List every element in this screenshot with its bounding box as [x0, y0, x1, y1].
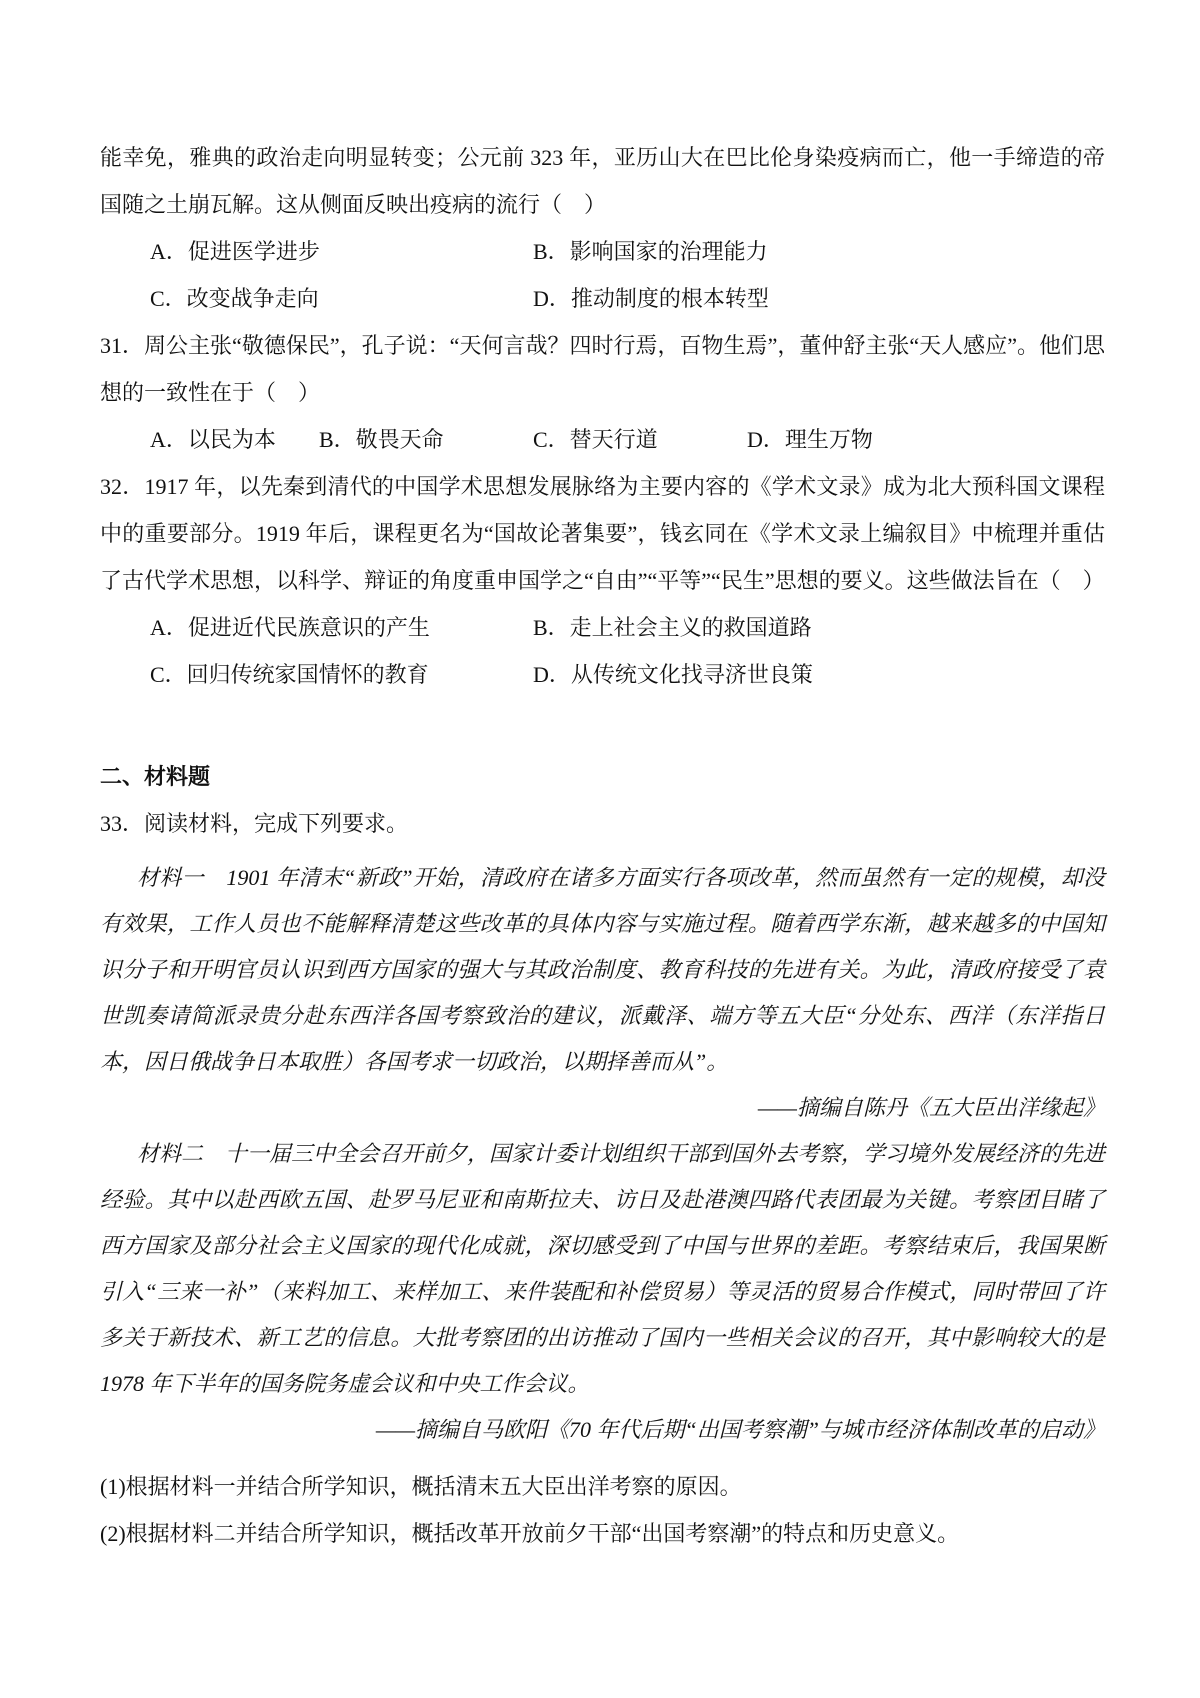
q30-option-a: A．促进医学进步 [150, 228, 533, 275]
q33-material-2-source: ——摘编自马欧阳《70 年代后期“出国考察潮”与城市经济体制改革的启动》 [100, 1407, 1105, 1453]
q31-option-b: B．敬畏天命 [319, 416, 533, 463]
q33-material-2: 材料二 十一届三中全会召开前夕，国家计委计划组织干部到国外去考察，学习境外发展经… [100, 1131, 1105, 1407]
q30-options-row-1: A．促进医学进步 B．影响国家的治理能力 [100, 228, 1105, 275]
q30-option-b: B．影响国家的治理能力 [533, 228, 1105, 275]
q32-option-b: B．走上社会主义的救国道路 [533, 604, 1105, 651]
exam-document-page: 能幸免，雅典的政治走向明显转变；公元前 323 年，亚历山大在巴比伦身染疫病而亡… [0, 0, 1200, 1698]
q32-options-row-2: C．回归传统家国情怀的教育 D．从传统文化找寻济世良策 [100, 651, 1105, 698]
q32-stem: 32．1917 年，以先秦到清代的中国学术思想发展脉络为主要内容的《学术文录》成… [100, 463, 1105, 604]
q30-option-d: D．推动制度的根本转型 [533, 275, 1105, 322]
q32-options-row-1: A．促进近代民族意识的产生 B．走上社会主义的救国道路 [100, 604, 1105, 651]
q31-option-d: D．理生万物 [747, 416, 1105, 463]
q30-options-row-2: C．改变战争走向 D．推动制度的根本转型 [100, 275, 1105, 322]
q32-option-c: C．回归传统家国情怀的教育 [150, 651, 533, 698]
q30-option-c: C．改变战争走向 [150, 275, 533, 322]
q31-options-row: A．以民为本 B．敬畏天命 C．替天行道 D．理生万物 [100, 416, 1105, 463]
q33-intro: 33．阅读材料，完成下列要求。 [100, 800, 1105, 847]
q30-stem-continuation: 能幸免，雅典的政治走向明显转变；公元前 323 年，亚历山大在巴比伦身染疫病而亡… [100, 134, 1105, 228]
q33-task-1: (1)根据材料一并结合所学知识，概括清末五大臣出洋考察的原因。 [100, 1463, 1105, 1510]
section-title-material-questions: 二、材料题 [100, 753, 1105, 800]
q31-option-a: A．以民为本 [150, 416, 319, 463]
q31-option-c: C．替天行道 [533, 416, 747, 463]
q33-task-2: (2)根据材料二并结合所学知识，概括改革开放前夕干部“出国考察潮”的特点和历史意… [100, 1510, 1105, 1557]
q33-material-1-source: ——摘编自陈丹《五大臣出洋缘起》 [100, 1085, 1105, 1131]
q33-material-1: 材料一 1901 年清末“新政”开始，清政府在诸多方面实行各项改革，然而虽然有一… [100, 855, 1105, 1085]
q32-option-d: D．从传统文化找寻济世良策 [533, 651, 1105, 698]
q31-stem: 31．周公主张“敬德保民”，孔子说：“天何言哉？四时行焉，百物生焉”，董仲舒主张… [100, 322, 1105, 416]
q32-option-a: A．促进近代民族意识的产生 [150, 604, 533, 651]
